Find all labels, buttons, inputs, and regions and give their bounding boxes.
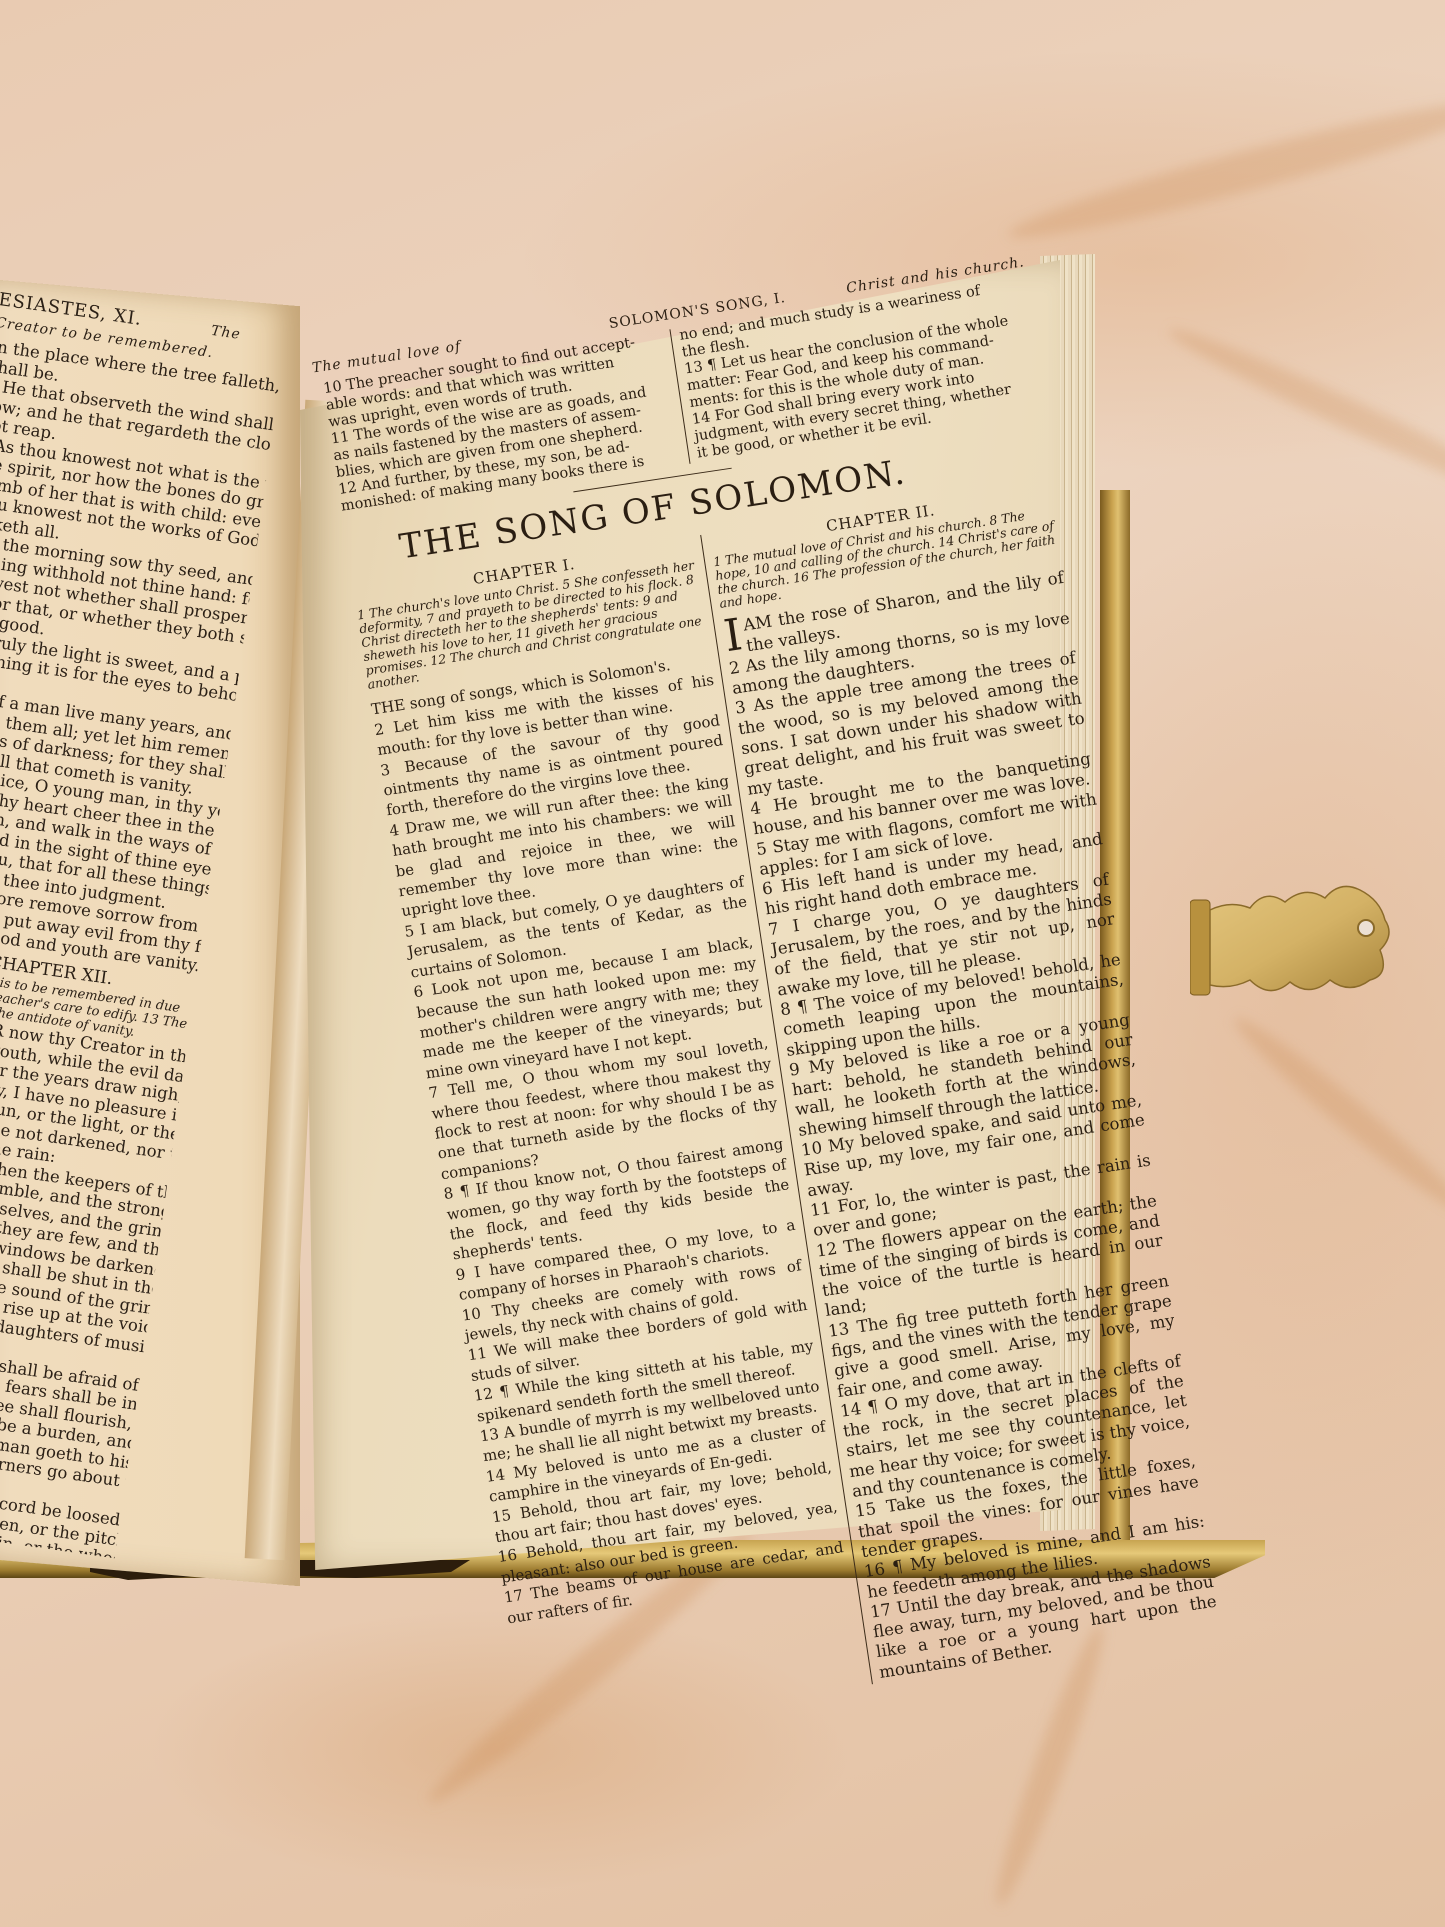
brass-clasp	[1190, 880, 1400, 1010]
